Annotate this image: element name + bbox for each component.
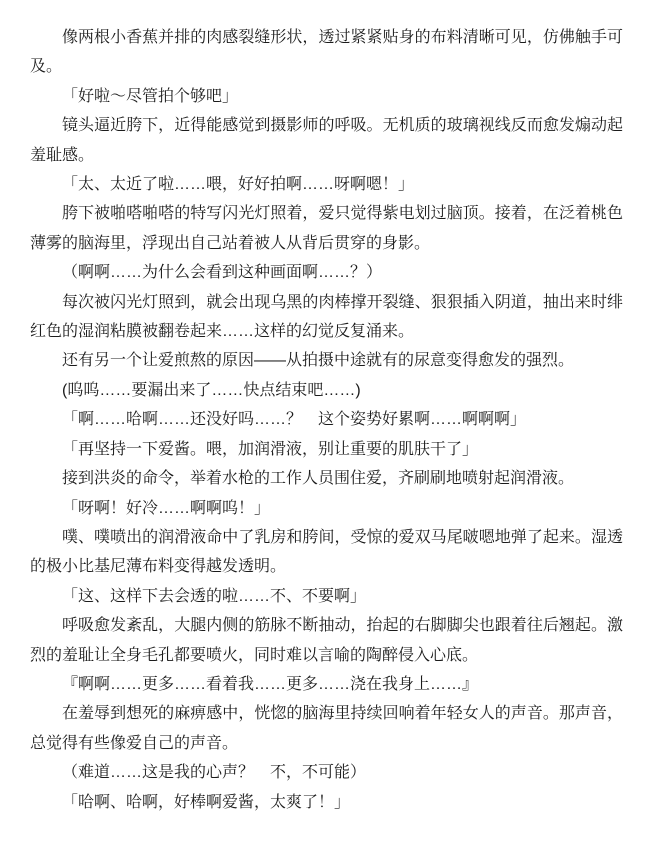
paragraph: 「再坚持一下爱酱。喂，加润滑液，别让重要的肌肤干了」 [30,435,623,464]
paragraph: 呼吸愈发紊乱，大腿内侧的筋脉不断抽动，抬起的右脚脚尖也跟着往后翘起。激烈的羞耻让… [30,611,623,670]
paragraph: 胯下被啪嗒啪嗒的特写闪光灯照着，爱只觉得紫电划过脑顶。接着，在泛着桃色薄雾的脑海… [30,199,623,258]
paragraph: (呜呜……要漏出来了……快点结束吧……) [30,376,623,405]
text-column: 像两根小香蕉并排的肉感裂缝形状，透过紧紧贴身的布料清晰可见，仿佛触手可及。「好啦… [30,23,623,817]
paragraph: 镜头逼近胯下，近得能感觉到摄影师的呼吸。无机质的玻璃视线反而愈发煽动起羞耻感。 [30,111,623,170]
paragraph: 在羞辱到想死的麻痹感中，恍惚的脑海里持续回响着年轻女人的声音。那声音，总觉得有些… [30,699,623,758]
paragraph: 「哈啊、哈啊，好棒啊爱酱，太爽了！」 [30,788,623,817]
paragraph: 「啊……哈啊……还没好吗……？ 这个姿势好累啊……啊啊啊」 [30,405,623,434]
paragraph: 「好啦～尽管拍个够吧」 [30,82,623,111]
paragraph: 「呀啊！好冷……啊啊呜！」 [30,494,623,523]
document-page: 像两根小香蕉并排的肉感裂缝形状，透过紧紧贴身的布料清晰可见，仿佛触手可及。「好啦… [0,0,650,850]
paragraph: 还有另一个让爱煎熬的原因——从拍摄中途就有的尿意变得愈发的强烈。 [30,346,623,375]
paragraph: 噗、噗喷出的润滑液命中了乳房和胯间，受惊的爱双马尾啵嗯地弹了起来。湿透的极小比基… [30,523,623,582]
paragraph: 接到洪炎的命令，举着水枪的工作人员围住爱，齐刷刷地喷射起润滑液。 [30,464,623,493]
paragraph: （难道……这是我的心声？ 不，不可能） [30,758,623,787]
paragraph: 『啊啊……更多……看着我……更多……浇在我身上……』 [30,670,623,699]
paragraph: 「这、这样下去会透的啦……不、不要啊」 [30,582,623,611]
paragraph: 每次被闪光灯照到，就会出现乌黑的肉棒撑开裂缝、狠狠插入阴道，抽出来时绯红色的湿润… [30,288,623,347]
paragraph: 「太、太近了啦……喂，好好拍啊……呀啊嗯！」 [30,170,623,199]
paragraph: （啊啊……为什么会看到这种画面啊……？） [30,258,623,287]
paragraph: 像两根小香蕉并排的肉感裂缝形状，透过紧紧贴身的布料清晰可见，仿佛触手可及。 [30,23,623,82]
